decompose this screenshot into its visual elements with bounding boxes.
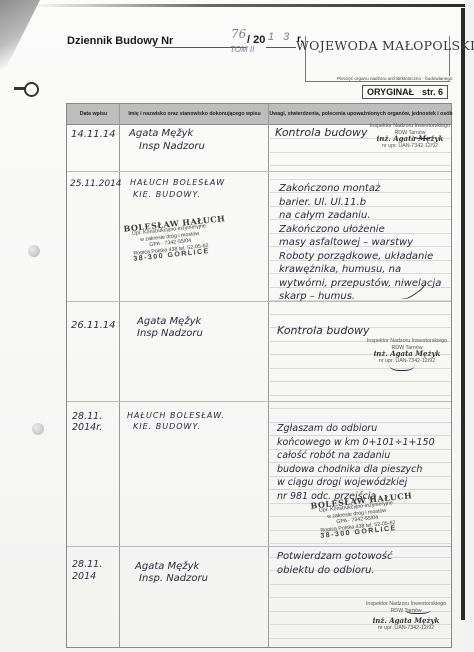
entry-author-role: Insp Nadzoru — [139, 141, 205, 153]
note-line: na całym zadaniu. — [279, 209, 441, 223]
authority-stamp-caption: Pieczęć organu nadzoru architektoniczno … — [335, 76, 454, 81]
entry-author-name: HAŁUCH BOLESŁAW — [130, 177, 225, 188]
row-divider — [67, 546, 451, 547]
entry-author-name: Agata Męžyk — [137, 316, 201, 328]
note-line: Potwierdzam gotowość — [277, 550, 392, 564]
note-line: końcowego w km 0+101÷1+150 — [277, 436, 435, 450]
entry-author-name: Agata Męžyk — [129, 128, 193, 140]
row-divider — [67, 171, 451, 172]
stamp-line: Inspektor Nadzoru Inwestorskiego — [367, 123, 453, 130]
volume-number: TOM II — [230, 45, 254, 54]
entry-date: 25.11.2014 — [70, 179, 122, 189]
entry-author-role: KIE. BUDOWY. — [133, 421, 201, 432]
entry-author-name: HAŁUCH BOLESŁAW. — [127, 410, 225, 421]
document-title: Dziennik Budowy Nr — [67, 35, 173, 47]
ruled-line — [270, 584, 451, 585]
note-line: Zakończono montaż — [279, 182, 441, 196]
contractor-stamp: BOLESŁAW HAŁUCH Upr. Konstrukcyjno-inżyn… — [123, 216, 217, 264]
table-header: Data wpisu Imię i nazwisko oraz stanowis… — [67, 104, 451, 125]
ruled-line — [270, 543, 451, 544]
ruled-line — [270, 638, 451, 639]
ruled-line — [270, 314, 451, 315]
journal-table: Data wpisu Imię i nazwisko oraz stanowis… — [66, 103, 452, 648]
key-hole-icon — [14, 82, 38, 94]
entry-author-role: KIE. BUDOWY. — [133, 189, 201, 200]
note-line: barier. Ul. Ul.11.b — [279, 196, 441, 210]
ruled-line — [270, 395, 451, 396]
column-header-notes: Uwagi, stwierdzenia, polecenia upoważnio… — [269, 104, 453, 124]
entry-note-line: Kontrola budowy — [277, 324, 370, 338]
journal-number: 76 — [231, 27, 246, 41]
ruled-line — [270, 368, 451, 369]
note-line: Zgłaszam do odbioru — [277, 422, 435, 436]
journal-year: 1 3 — [268, 31, 292, 43]
scanned-page: Dziennik Budowy Nr 76 / 20 1 3 r. TOM II… — [0, 0, 474, 652]
column-divider — [268, 104, 269, 647]
entry-date: 28.11. 2014 — [72, 559, 112, 583]
scan-shadow — [30, 4, 470, 7]
binder-hole-icon — [28, 245, 40, 257]
row-divider — [67, 401, 451, 402]
stamp-name: inż. Agata Mężyk — [360, 618, 452, 625]
entry-date: 14.11.14 — [71, 129, 116, 140]
column-header-date: Data wpisu — [67, 104, 120, 124]
stamp-reg: nr upr. UAN-7342-12/92 — [360, 625, 452, 632]
signature — [412, 128, 434, 139]
ruled-line — [270, 165, 451, 166]
note-line: w ciągu drogi wojewódzkiej — [277, 476, 435, 490]
ruled-line — [270, 597, 451, 598]
column-header-author: Imię i nazwisko oraz stanowisko dokonują… — [120, 104, 269, 124]
ruled-line — [270, 408, 451, 409]
note-line: masy asfaltowej – warstwy — [279, 236, 441, 250]
signature — [389, 356, 415, 371]
ruled-line — [270, 152, 451, 153]
note-line: obiektu do odbioru. — [277, 564, 392, 578]
scan-margin — [465, 0, 474, 652]
stamp-line: Inspektor Nadzoru Inwestorskiego — [362, 338, 452, 345]
entry-note-lines: Potwierdzam gotowość obiektu do odbioru. — [277, 550, 392, 577]
inspector-stamp: Inspektor Nadzoru Inwestorskiego RDW Tar… — [367, 123, 453, 149]
page-corner-fold — [0, 0, 40, 80]
authority-stamp: WOJEWODA MAŁOPOLSKI — [296, 38, 474, 53]
contractor-stamp: BOLESŁAW HAŁUCH Upr. Konstrukcyjno-inżyn… — [310, 493, 404, 541]
entry-note-line: Kontrola budowy — [275, 126, 368, 140]
original-page-label: ORYGINAŁ str. 6 — [362, 85, 448, 99]
note-line: Zakończono ułożenie — [279, 223, 441, 237]
entry-date: 28.11. 2014r. — [72, 411, 112, 433]
note-line: Roboty porządkowe, układanie — [279, 250, 441, 264]
ruled-line — [270, 381, 451, 382]
binder-hole-icon — [32, 423, 44, 435]
entry-author-role: Insp. Nadzoru — [139, 573, 208, 585]
stamp-reg: nr upr. UAN-7342-12/92 — [367, 143, 453, 150]
entry-date: 26.11.14 — [71, 320, 116, 331]
entry-author-role: Insp Nadzoru — [137, 328, 203, 340]
year-line — [266, 47, 296, 48]
original-label: ORYGINAŁ — [367, 87, 414, 97]
note-line: budowa chodnika dla pieszych — [277, 463, 435, 477]
ruled-line — [270, 179, 451, 180]
entry-author-name: Agata Męžyk — [135, 561, 199, 573]
stamp-name: inż. Agata Mężyk — [367, 136, 453, 143]
signature — [405, 604, 431, 614]
page-number: str. 6 — [422, 87, 443, 97]
note-line: całość robót na zadaniu — [277, 449, 435, 463]
